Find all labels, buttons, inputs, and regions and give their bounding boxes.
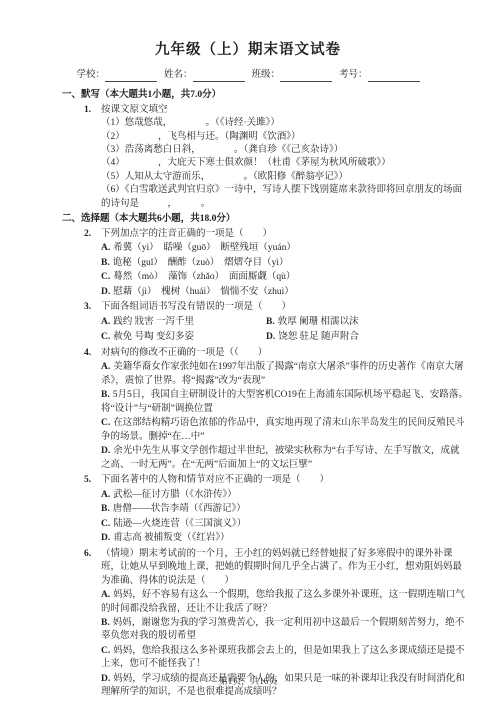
option-b-label: B. [266, 317, 275, 327]
name-blank [193, 71, 245, 82]
question-3-stem: 下面各组词语书写没有错误的一项是（ ） [101, 301, 468, 314]
option-b-text: 诡秘（guǐ） 酬酢（zuò） 熠熠夺目（yì） [113, 258, 289, 268]
question-4-option-a: A.美籍华裔女作家张纯如在1997年出版了揭露“南京大屠杀”事件的历史著作《南京… [101, 361, 468, 388]
option-a-label: A. [101, 243, 110, 253]
question-2-option-d: D.慰藉（jì） 槐树（huái） 惴惴不安（zhuì） [101, 286, 468, 299]
option-a-text: 妈妈，好不容易有这么一个假期，您给我报了这么多课外补课班，这一假期连喘口气的时间… [101, 590, 465, 613]
option-b-label: B. [101, 258, 110, 268]
option-a-text: 武松—征讨方腊（《水浒传》） [113, 490, 237, 500]
question-3-option-c: C.赦免 号啕 变幻多姿 [101, 331, 266, 344]
dictation-item-6: （6）《白雪歌送武判官归京》一诗中，写诗人摆下饯别筵席来款待即将回京朋友的场面的… [101, 184, 468, 211]
question-4-option-d: D.余光中先生从事文学创作超过半世纪，被梁实秋称为“右手写诗、左手写散文，成就之… [101, 445, 468, 472]
question-3-option-a: A.践约 戕害 一泻千里 [101, 316, 266, 329]
question-5-stem: 下面名著中的人物和情节对应不正确的一项是（ ） [101, 474, 468, 487]
option-a-text: 践约 戕害 一泻千里 [113, 317, 194, 327]
option-d-label: D. [101, 446, 110, 456]
school-blank [105, 71, 157, 82]
dictation-item-1: （1）悠哉悠哉， 。（《诗经·关雎》） [101, 117, 468, 130]
option-d-label: D. [101, 533, 110, 543]
question-2-option-b: B.诡秘（guǐ） 酬酢（zuò） 熠熠夺目（yì） [101, 257, 468, 270]
question-4-option-c: C.在这部结构精巧语色浓郁的作品中，真实地再现了清末山东半岛发生的民间反殖民斗争… [101, 417, 468, 444]
page-title: 九年级（上）期末语文试卷 [0, 40, 496, 61]
option-c-label: C. [101, 272, 110, 282]
option-a-text: 希冀（yì） 聒噪（guō） 断壁残垣（yuán） [113, 243, 296, 253]
question-2-option-c: C.蓦然（mò） 藻饰（zhǎo） 面面厮觑（qù） [101, 271, 468, 284]
option-c-label: C. [101, 646, 110, 656]
dictation-item-5: （5）人知从太守游而乐， 。（欧阳修《醉翁亭记》） [101, 171, 468, 184]
class-blank [280, 71, 332, 82]
question-3-number: 3. [84, 301, 101, 345]
option-a-label: A. [101, 490, 110, 500]
question-5-option-d: D.甫志高 被捕叛变（《红岩》） [101, 532, 468, 545]
class-label: 班级： [252, 69, 281, 82]
question-6-option-b: B.妈妈，谢谢您为我的学习煞费苦心，我一定利用初中这最后一个假期刻苦努力，绝不辜… [101, 617, 468, 644]
question-4-option-b: B.5月5日，我国自主研制设计的大型客机CO19在上海浦东国际机场平稳起飞、安路… [101, 389, 468, 416]
exam-body: 一、默写（本大题共1小题，共7.0分） 1. 按课文原文填空 （1）悠哉悠哉， … [0, 82, 496, 701]
question-5-option-a: A.武松—征讨方腊（《水浒传》） [101, 489, 468, 502]
question-6-option-a: A.妈妈，好不容易有这么一个假期，您给我报了这么多课外补课班，这一假期连喘口气的… [101, 589, 468, 616]
question-6-stem: （情境）期末考试前的一个月，王小红的妈妈就已经替她报了好多寒假中的课外补课班，让… [101, 548, 468, 588]
exam-no-field: 考号： [339, 69, 420, 82]
option-b-label: B. [101, 618, 110, 628]
section-heading-choice: 二、选择题（本大题共6小题，共18.0分） [62, 213, 468, 226]
question-3: 3. 下面各组词语书写没有错误的一项是（ ） A.践约 戕害 一泻千里 B.敦厚… [62, 301, 468, 345]
name-field: 姓名： [164, 69, 245, 82]
option-c-text: 赦免 号啕 变幻多姿 [113, 332, 194, 342]
question-2-stem: 下列加点字的注音正确的一项是（ ） [101, 228, 468, 241]
option-d-text: 饶恕 驻足 随声附合 [278, 332, 359, 342]
option-d-text: 余光中先生从事文学创作超过半世纪，被梁实秋称为“右手写诗、左手写散文，成就之高、… [101, 446, 459, 469]
question-4-stem: 对病句的修改不正确的一项是（（ ） [101, 347, 468, 360]
dictation-item-4: （4） ，大庇天下寒士俱欢颜！（杜甫《茅屋为秋风所破歌》） [101, 157, 468, 170]
option-b-text: 唐僧——状告李靖（《西游记》） [113, 504, 246, 514]
option-b-text: 5月5日，我国自主研制设计的大型客机CO19在上海浦东国际机场平稳起飞、安路落。… [101, 390, 468, 413]
option-c-text: 妈妈，您给我报这么多补课班我都会去上的，但是如果我上了这么多课成绩还是提不上来，… [101, 646, 465, 669]
dictation-item-2: （2） ，飞鸟相与还。（陶渊明《饮酒》） [101, 131, 468, 144]
option-d-text: 甫志高 被捕叛变（《红岩》） [113, 533, 229, 543]
question-1-stem: 按课文原文填空 [101, 104, 468, 117]
option-c-text: 蓦然（mò） 藻饰（zhǎo） 面面厮觑（qù） [113, 272, 295, 282]
option-c-text: 在这部结构精巧语色浓郁的作品中，真实地再现了清末山东半岛发生的民间反殖民斗争的场… [101, 418, 465, 441]
option-c-label: C. [101, 332, 110, 342]
question-1: 1. 按课文原文填空 （1）悠哉悠哉， 。（《诗经·关雎》） （2） ，飞鸟相与… [62, 104, 468, 212]
option-c-text: 陆逊—火烧连营（《三国演义》） [113, 519, 246, 529]
question-4: 4. 对病句的修改不正确的一项是（（ ） A.美籍华裔女作家张纯如在1997年出… [62, 347, 468, 473]
question-6-option-c: C.妈妈，您给我报这么多补课班我都会去上的，但是如果我上了这么多课成绩还是提不上… [101, 645, 468, 672]
question-5: 5. 下面名著中的人物和情节对应不正确的一项是（ ） A.武松—征讨方腊（《水浒… [62, 474, 468, 546]
question-5-option-c: C.陆逊—火烧连营（《三国演义》） [101, 518, 468, 531]
question-1-number: 1. [84, 104, 101, 212]
question-3-option-d: D.饶恕 驻足 随声附合 [266, 331, 468, 344]
page-footer: 第1页，共16页 [0, 675, 496, 688]
option-d-label: D. [101, 287, 110, 297]
option-b-text: 敦厚 阑珊 相濡以沫 [278, 317, 359, 327]
option-b-label: B. [101, 390, 110, 400]
class-field: 班级： [252, 69, 333, 82]
question-4-number: 4. [84, 347, 101, 473]
option-d-label: D. [266, 332, 275, 342]
option-c-label: C. [101, 418, 110, 428]
option-a-label: A. [101, 317, 110, 327]
exam-no-blank [368, 71, 420, 82]
section-heading-dictation: 一、默写（本大题共1小题，共7.0分） [62, 89, 468, 102]
question-5-option-b: B.唐僧——状告李靖（《西游记》） [101, 503, 468, 516]
option-b-label: B. [101, 504, 110, 514]
school-label: 学校： [76, 69, 105, 82]
option-a-label: A. [101, 362, 110, 372]
option-a-label: A. [101, 590, 110, 600]
option-d-text: 慰藉（jì） 槐树（huái） 惴惴不安（zhuì） [113, 287, 294, 297]
question-2-option-a: A.希冀（yì） 聒噪（guō） 断壁残垣（yuán） [101, 242, 468, 255]
question-2-number: 2. [84, 228, 101, 300]
school-field: 学校： [76, 69, 157, 82]
student-info-row: 学校： 姓名： 班级： 考号： [0, 69, 496, 82]
dictation-item-3: （3）浩荡离愁白日斜， 。（龚自珍《《己亥杂诗》） [101, 144, 468, 157]
name-label: 姓名： [164, 69, 193, 82]
option-c-label: C. [101, 519, 110, 529]
option-a-text: 美籍华裔女作家张纯如在1997年出版了揭露“南京大屠杀”事件的历史著作《南京大屠… [101, 362, 464, 385]
question-5-number: 5. [84, 474, 101, 546]
option-b-text: 妈妈，谢谢您为我的学习煞费苦心，我一定利用初中这最后一个假期刻苦努力，绝不辜负您… [101, 618, 464, 641]
exam-no-label: 考号： [339, 69, 368, 82]
question-2: 2. 下列加点字的注音正确的一项是（ ） A.希冀（yì） 聒噪（guō） 断壁… [62, 228, 468, 300]
question-3-option-b: B.敦厚 阑珊 相濡以沫 [266, 316, 468, 329]
exam-page: 九年级（上）期末语文试卷 学校： 姓名： 班级： 考号： 一、默写（本大题共1小… [0, 0, 496, 702]
